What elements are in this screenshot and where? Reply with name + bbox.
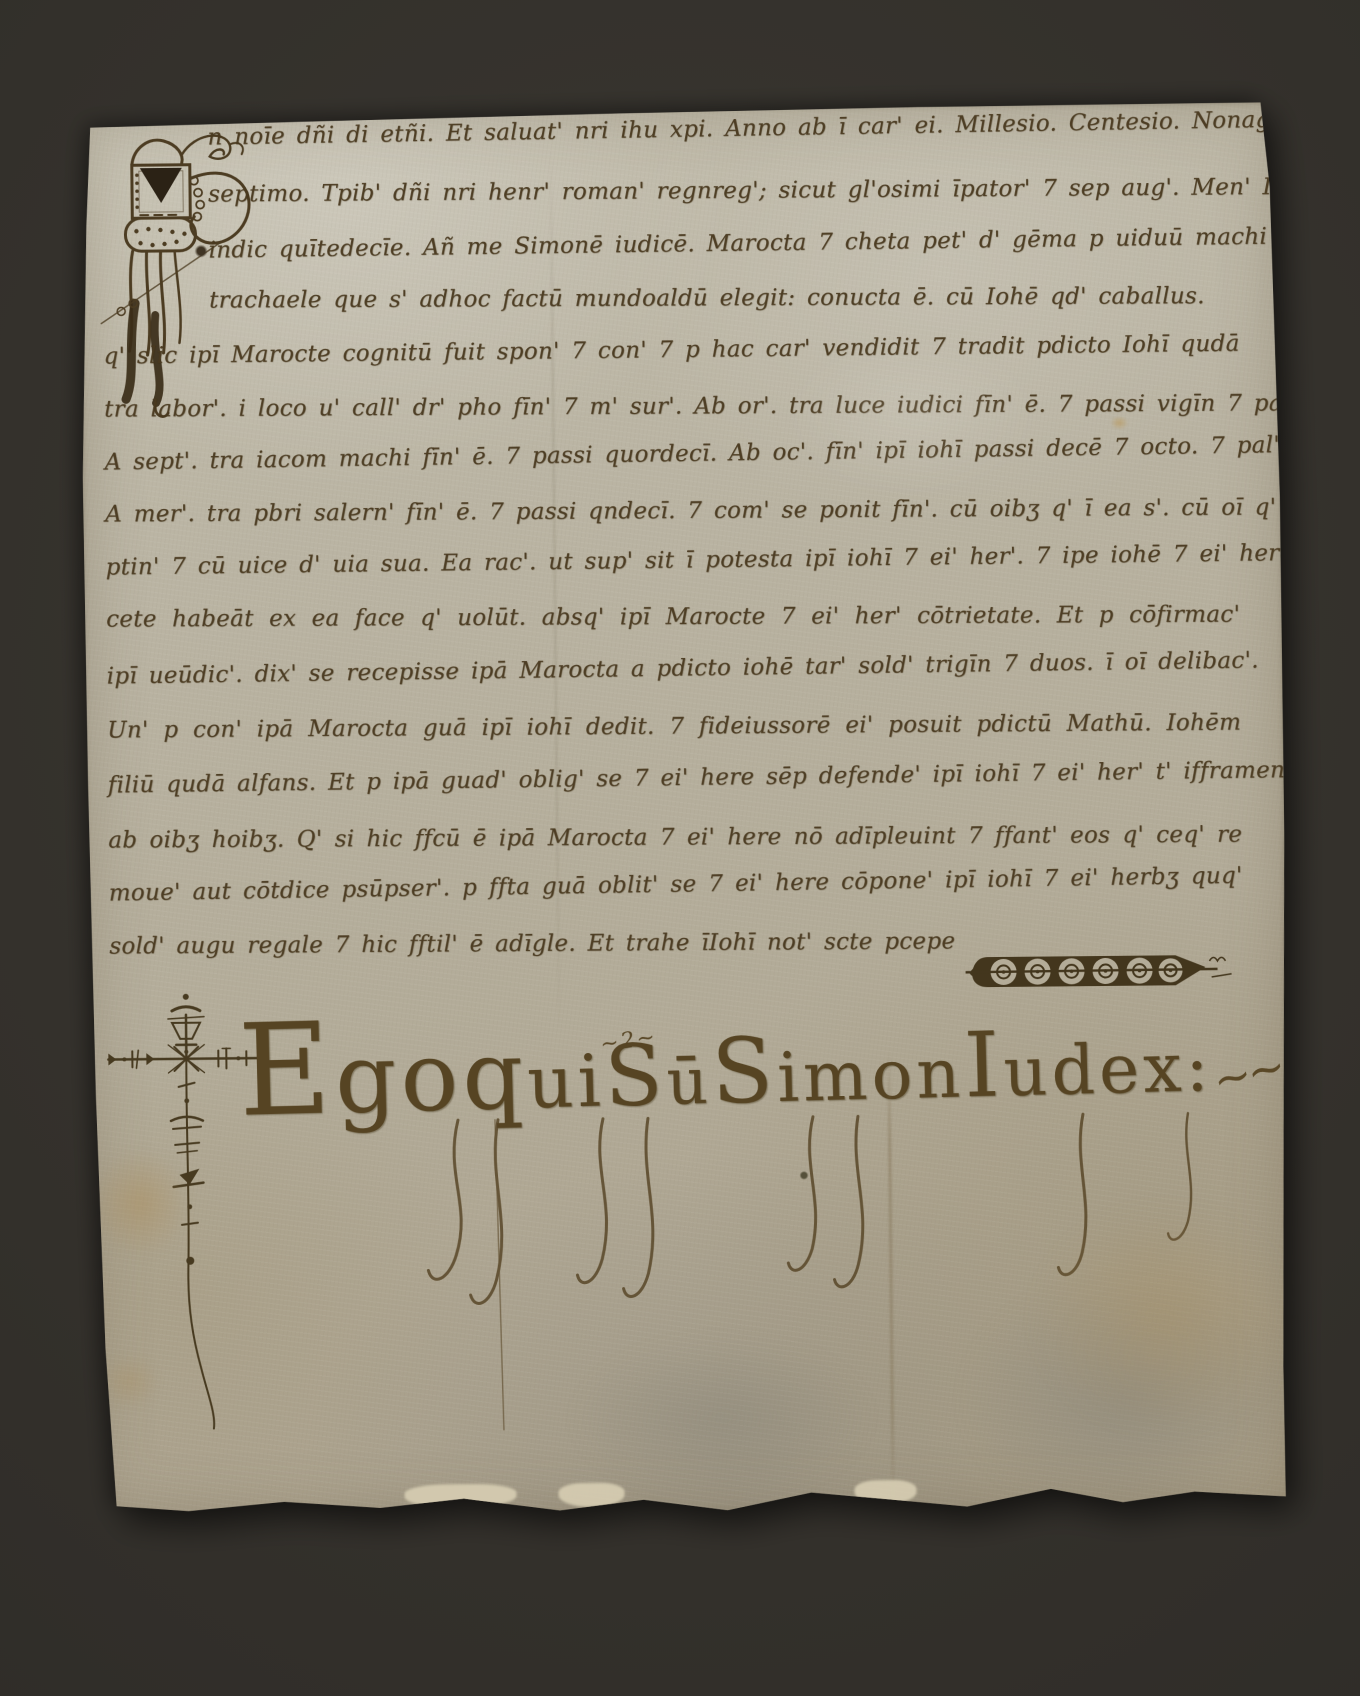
charter-text-line: septimo. Tpib' dñi nri henr' roman' regn… bbox=[208, 172, 1224, 209]
parchment-edge-tab bbox=[404, 1484, 516, 1509]
charter-text-line: ipī ueūdic'. dix' se recepisse ipā Maroc… bbox=[106, 646, 1240, 692]
parchment-edge-tab bbox=[854, 1480, 916, 1505]
charter-text-line: filiū qudā alfans. Et p ipā guad' oblig'… bbox=[108, 756, 1242, 801]
subscription-word: Sū bbox=[604, 1039, 713, 1113]
parchment-hole bbox=[195, 245, 208, 258]
charter-text-line: A mer'. tra pbri salern' fīn' ē. 7 passi… bbox=[105, 493, 1239, 530]
signature-flourishes-icon bbox=[389, 1112, 1312, 1461]
parchment-shadow-wrap: n noīe dñi di etñi. Et saluat' nri ihu x… bbox=[79, 102, 1290, 1517]
subscription-word: Ego bbox=[237, 1012, 463, 1125]
parchment-sheet: n noīe dñi di etñi. Et saluat' nri ihu x… bbox=[79, 102, 1290, 1517]
subscription-word: Iudex: bbox=[963, 1022, 1213, 1105]
photo-backdrop: n noīe dñi di etñi. Et saluat' nri ihu x… bbox=[0, 0, 1360, 1696]
parchment-edge-tab bbox=[558, 1483, 624, 1508]
ink-speck bbox=[799, 1171, 808, 1180]
flourish-mark-icon: ~~ bbox=[1207, 1039, 1287, 1108]
subscription-word: qui bbox=[461, 1034, 605, 1118]
charter-text-line: n noīe dñi di etñi. Et saluat' nri ihu x… bbox=[207, 106, 1223, 153]
charter-text-line: cete habeāt ex ea face q' uolūt. absq' i… bbox=[106, 600, 1240, 635]
charter-text-line: tra labor'. i loco u' call' dr' pho fīn'… bbox=[104, 389, 1238, 425]
charter-text-line: ab oibʒ hoibʒ. Q' si hic ffcū ē ipā Maro… bbox=[108, 820, 1242, 856]
line-filler-band-icon bbox=[965, 941, 1235, 996]
charter-text-line: ptin' 7 cū uice d' uia sua. Ea rac'. ut … bbox=[105, 539, 1239, 583]
charter-text-line: Un' p con' ipā Marocta guā ipī iohī dedi… bbox=[107, 708, 1241, 746]
charter-text-line: indic quītedecīe. Añ me Simonē iudicē. M… bbox=[208, 222, 1224, 265]
charter-text-line: trachaele que s' adhoc factū mundoaldū e… bbox=[209, 282, 1109, 316]
subscription-word: Simon bbox=[711, 1028, 965, 1111]
notarial-cross-signum-icon bbox=[101, 868, 317, 1480]
